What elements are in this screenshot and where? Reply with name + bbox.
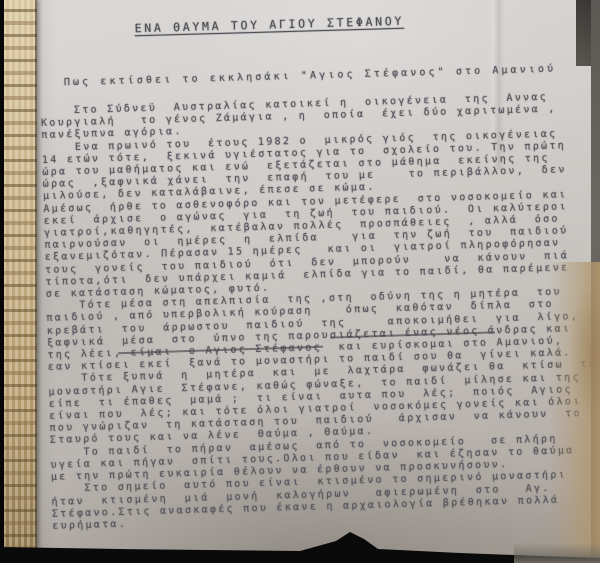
photo-frame: ΕΝΑ ΘΑΥΜΑ ΤΟΥ ΑΓΙΟΥ ΣΤΕΦΑΝΟΥ Πως εκτίσθε… <box>0 0 600 563</box>
paragraph: Τότε μέσα στη απελπισία της ,στη οδύνη τ… <box>46 286 600 448</box>
photo-corner-bottom-right <box>514 543 600 563</box>
document-title: ΕΝΑ ΘΑΥΜΑ ΤΟΥ ΑΓΙΟΥ ΣΤΕΦΑΝΟΥ <box>38 11 500 39</box>
frame-edge-left <box>0 0 4 563</box>
document-body: Στο Σύδνεϋ Αυστραλίας κατοικεί η οικογέν… <box>41 91 600 533</box>
paper-stain <box>548 262 600 563</box>
fabric-border <box>3 0 37 563</box>
document-text: ΕΝΑ ΘΑΥΜΑ ΤΟΥ ΑΓΙΟΥ ΣΤΕΦΑΝΟΥ Πως εκτίσθε… <box>38 1 600 533</box>
paragraph: Αμέσως ήρθε το ασθενοφόρο και τον μετέφε… <box>43 188 596 301</box>
document-subtitle: Πως εκτίσθει το εκκλησάκι "Αγιος Στέφανο… <box>64 62 590 90</box>
